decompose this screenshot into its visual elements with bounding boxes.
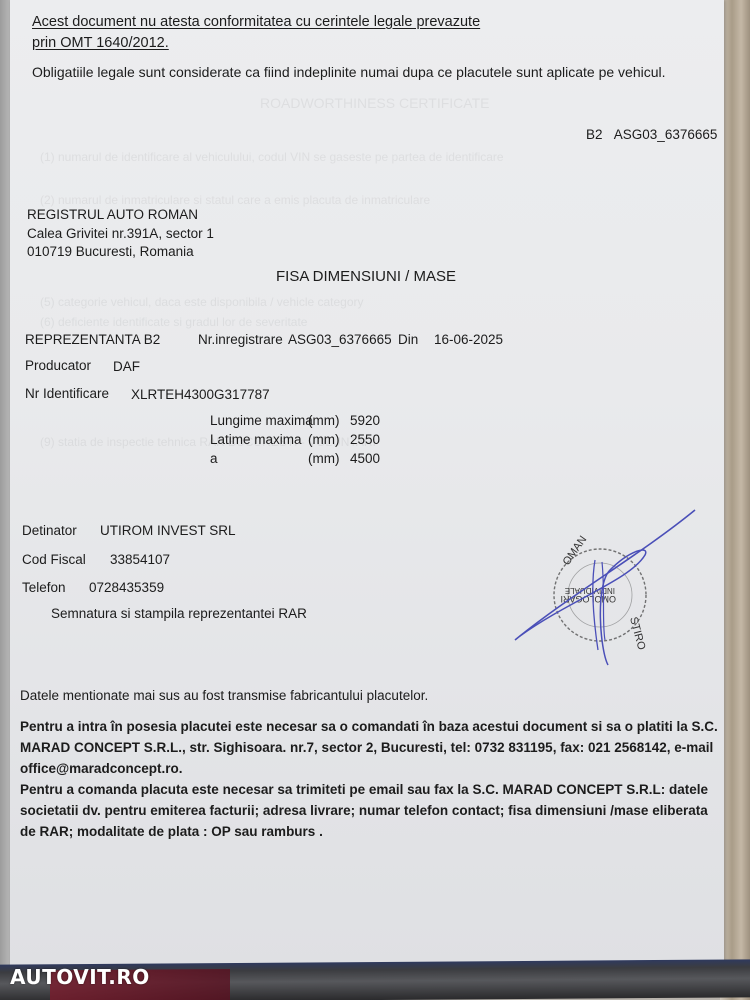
page-title: FISA DIMENSIUNI / MASE	[276, 268, 456, 285]
registration-label: Nr.inregistrare	[198, 332, 283, 347]
phone-label: Telefon	[22, 580, 66, 595]
holder-label: Detinator	[22, 523, 77, 538]
issuer-street: Calea Grivitei nr.391A, sector 1	[27, 226, 214, 241]
autovit-watermark: AUTOVIT.RO	[10, 965, 150, 989]
fiscal-code-label: Cod Fiscal	[22, 552, 86, 567]
dimension-label: Lungime maxima	[210, 413, 313, 428]
obligations-notice: Obligatiile legale sunt considerate ca f…	[32, 64, 666, 80]
reference-code: B2 ASG03_6376665	[586, 127, 717, 142]
producer-label: Producator	[25, 358, 91, 373]
dimension-unit: (mm)	[308, 451, 339, 466]
vin-value: XLRTEH4300G317787	[131, 387, 270, 402]
notice-line-2: prin OMT 1640/2012.	[32, 35, 169, 51]
date-label: Din	[398, 332, 418, 347]
reference-code-prefix: B2	[586, 127, 603, 142]
dimension-value: 4500	[350, 451, 380, 466]
background-right-table-edge	[720, 0, 750, 1000]
phone-value: 0728435359	[89, 580, 164, 595]
holder-value: UTIROM INVEST SRL	[100, 523, 236, 538]
dimension-unit: (mm)	[308, 413, 339, 428]
bleed-through-text: (2) numarul de inmatriculare si statul c…	[40, 193, 430, 207]
bleed-through-text: (1) numarul de identificare al vehiculul…	[40, 150, 504, 164]
representative-label: REPREZENTANTA B2	[25, 332, 160, 347]
order-instructions-2: Pentru a comanda placuta este necesar sa…	[20, 779, 725, 842]
producer-value: DAF	[113, 359, 140, 374]
issuer-city: 010719 Bucuresti, Romania	[27, 244, 194, 259]
reference-number: ASG03_6376665	[614, 127, 718, 142]
fiscal-code-value: 33854107	[110, 552, 170, 567]
registration-number: ASG03_6376665	[288, 332, 392, 347]
svg-text:OMAN: OMAN	[561, 534, 590, 568]
order-instructions-1: Pentru a intra în posesia placutei este …	[20, 716, 720, 779]
notice-line-1: Acest document nu atesta conformitatea c…	[32, 14, 480, 30]
issuer-name: REGISTRUL AUTO ROMAN	[27, 207, 198, 222]
bleed-through-text: (6) deficiente identificate si gradul lo…	[40, 315, 307, 329]
dimension-unit: (mm)	[308, 432, 339, 447]
registration-date: 16-06-2025	[434, 332, 503, 347]
vin-label: Nr Identificare	[25, 386, 109, 401]
document-page: ROADWORTHINESS CERTIFICATE (1) numarul d…	[10, 0, 724, 972]
bleed-through-text: ROADWORTHINESS CERTIFICATE	[260, 95, 489, 111]
dimension-value: 5920	[350, 413, 380, 428]
dimension-value: 2550	[350, 432, 380, 447]
dimension-label: a	[210, 451, 218, 466]
dimension-label: Latime maxima	[210, 432, 302, 447]
signature-label: Semnatura si stampila reprezentantei RAR	[51, 606, 307, 621]
svg-text:STIRO: STIRO	[627, 616, 647, 652]
transmitted-notice: Datele mentionate mai sus au fost transm…	[20, 688, 428, 703]
bleed-through-text: (5) categorie vehicul, daca este disponi…	[40, 295, 364, 309]
rar-stamp-with-signature-icon: OMAN STIRO INDIVIDUALE OMOLOGARI	[510, 500, 710, 680]
